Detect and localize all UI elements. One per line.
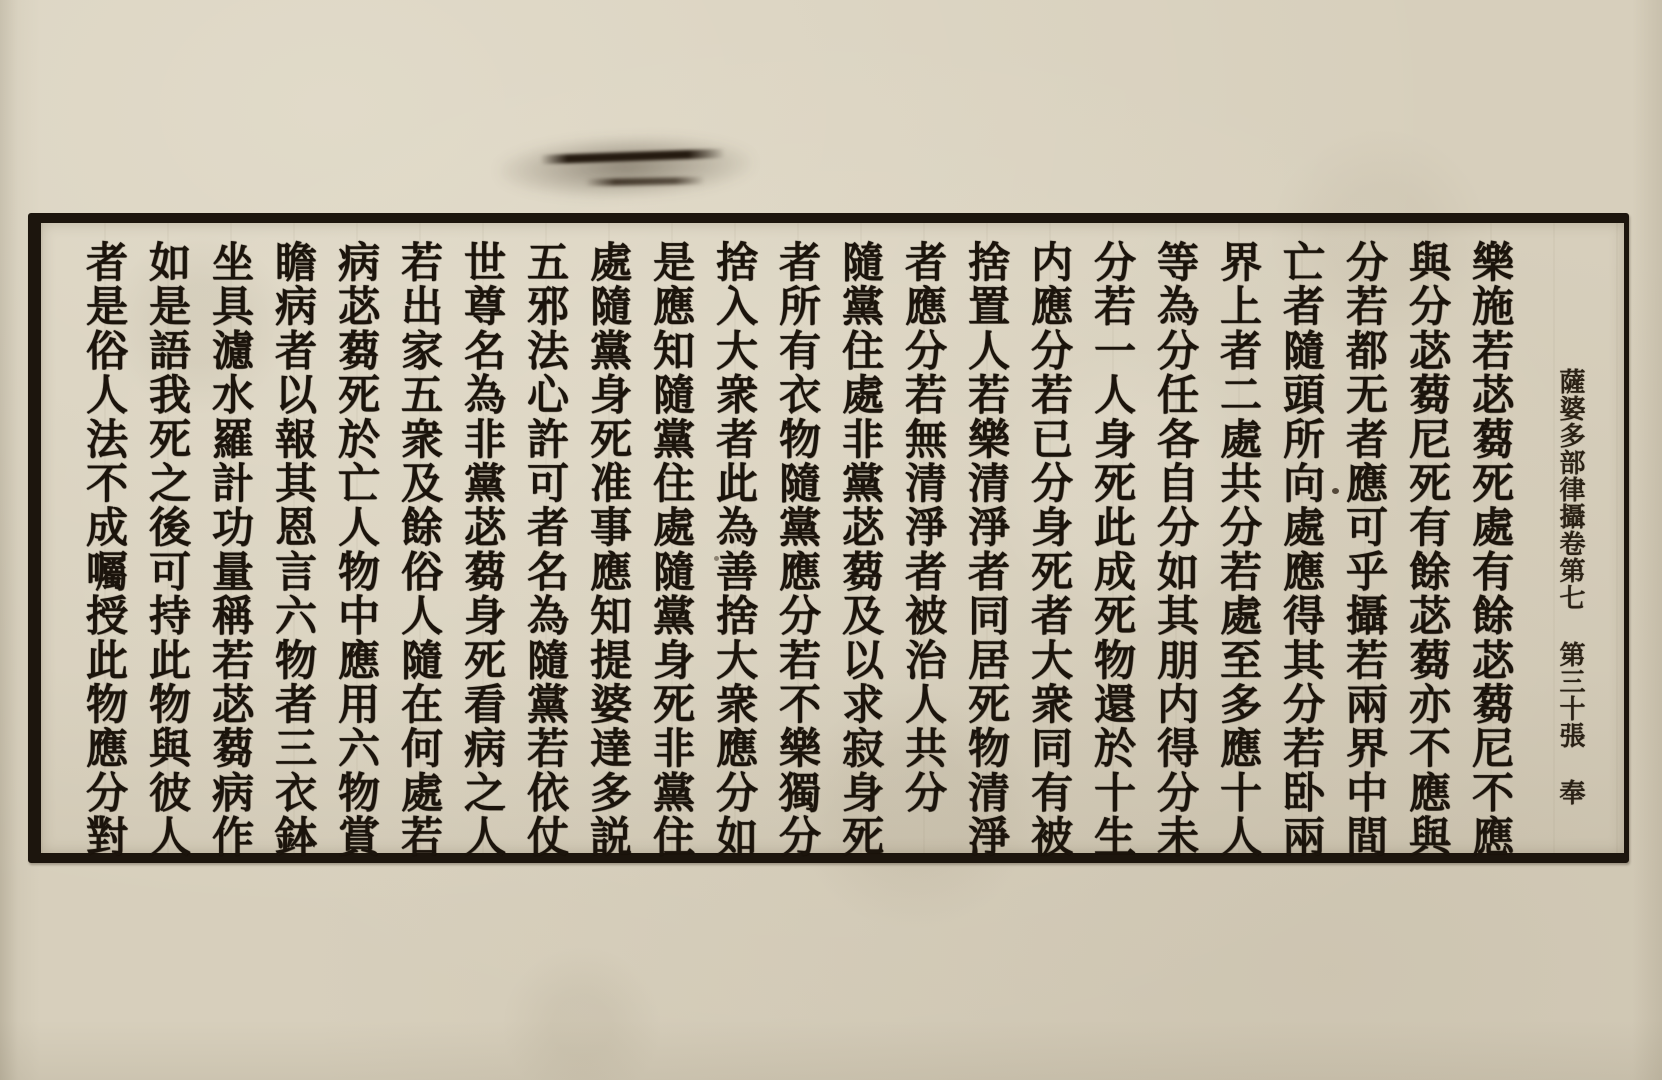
text-column: 捨入大衆者此為善捨大衆應分如 <box>703 240 766 872</box>
ink-smudge <box>497 132 754 203</box>
ink-smudge <box>585 177 705 186</box>
text-column: 病苾蒭死於亡人物中應用六物賞 <box>325 240 388 872</box>
volume-title: 薩婆多部律攝卷第七 <box>1555 368 1585 611</box>
text-column: 捨置人若樂清淨者同居死物清淨 <box>955 240 1018 872</box>
text-column: 與分苾蒭尼死有餘苾蒭亦不應與 <box>1396 240 1459 872</box>
text-column: 者是俗人法不成囑授此物應分對 <box>73 240 136 872</box>
text-column: 分若都无者應可乎攝若兩界中間 <box>1333 240 1396 872</box>
text-block: 薩婆多部律攝卷第七第三十張奉 樂施若苾蒭死處有餘苾蒭尼不應與分苾蒭尼死有餘苾蒭亦… <box>60 240 1618 872</box>
sheet-number: 第三十張 <box>1555 641 1585 749</box>
text-column: 内應分若已分身死者大衆同有被 <box>1018 240 1081 872</box>
text-column: 如是語我死之後可持此物與彼人 <box>136 240 199 872</box>
text-column: 是應知隨黨住處隨黨身死非黨住 <box>640 240 703 872</box>
marginalia-column: 薩婆多部律攝卷第七第三十張奉 <box>1522 240 1618 872</box>
text-column: 者應分若無清淨者被治人共分 <box>892 240 955 872</box>
text-column: 坐具濾水羅計功量稱若苾蒭病作 <box>199 240 262 872</box>
text-column: 界上者二處共分若處至多應十人 <box>1207 240 1270 872</box>
text-column: 世尊名為非黨苾蒭身死看病之人 <box>451 240 514 872</box>
text-column: 隨黨住處非黨苾蒭及以求寂身死 <box>829 240 892 872</box>
text-column: 分若一人身死此成死物還於十生 <box>1081 240 1144 872</box>
text-column: 者所有衣物隨黨應分若不樂獨分 <box>766 240 829 872</box>
text-column: 等為分任各自分如其朋内得分未 <box>1144 240 1207 872</box>
text-column: 瞻病者以報其恩言六物者三衣鉢 <box>262 240 325 872</box>
text-column: 亡者隨頭所向處應得其分若卧兩 <box>1270 240 1333 872</box>
text-column: 若出家五衆及餘俗人隨在何處若 <box>388 240 451 872</box>
case-mark: 奉 <box>1555 779 1585 806</box>
text-column: 樂施若苾蒭死處有餘苾蒭尼不應 <box>1459 240 1522 872</box>
text-column: 五邪法心許可者名為隨黨若依仗 <box>514 240 577 872</box>
text-column: 處隨黨身死准事應知提婆達多説 <box>577 240 640 872</box>
scanned-sutra-page: 薩婆多部律攝卷第七第三十張奉 樂施若苾蒭死處有餘苾蒭尼不應與分苾蒭尼死有餘苾蒭亦… <box>0 0 1662 1080</box>
ink-smudge <box>540 149 725 164</box>
